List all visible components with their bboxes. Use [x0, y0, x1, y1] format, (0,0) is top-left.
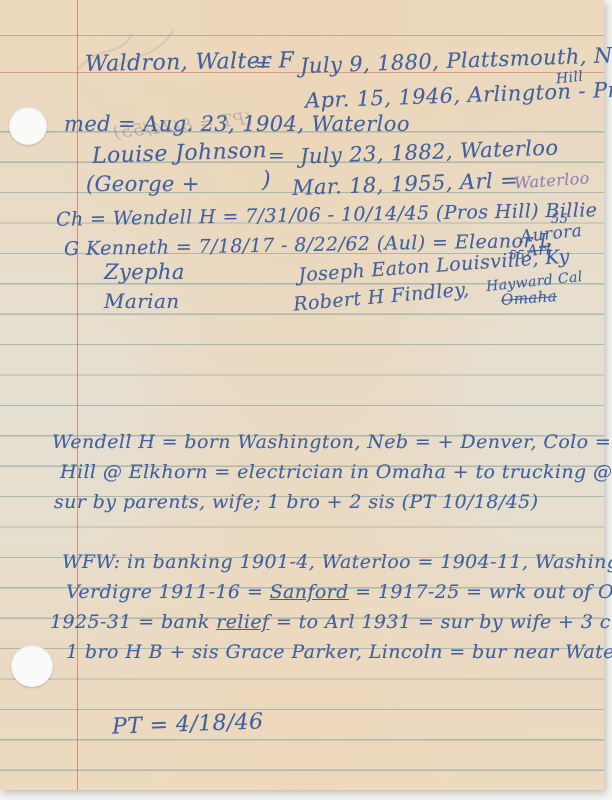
wfw-obit-line1: WFW: in banking 1901-4, Waterloo = 1904-…	[62, 551, 612, 573]
death-place-superscript: Hill	[555, 69, 584, 88]
wfw-line2-post: = 1917-25 = wrk out of Omaha	[349, 581, 612, 603]
wfw-obit-line3: 1925-31 = bank relief = to Arl 1931 = su…	[50, 611, 612, 633]
wendell-obit-line3: sur by parents, wife; 1 bro + 2 sis (PT …	[54, 491, 538, 513]
wfw-obit-line4: 1 bro H B + sis Grace Parker, Lincoln = …	[66, 641, 612, 663]
zyepha-note-superscript: 55	[509, 248, 525, 262]
child-marian-name: Marian	[104, 289, 180, 313]
wfw-obit-line2: Verdigre 1911-16 = Sanford = 1917-25 = w…	[66, 581, 612, 603]
wfw-line3-pre: 1925-31 = bank	[50, 611, 216, 633]
wendell-obit-line2: Hill @ Elkhorn = electrician in Omaha + …	[60, 461, 612, 483]
child-zyepha-name: Zyepha	[104, 260, 185, 284]
notebook-page: (PT = 8/24/55) Waldron, Walter F = July …	[0, 0, 604, 790]
wfw-line2-pre: Verdigre 1911-16 =	[66, 581, 270, 603]
closing-paren: )	[262, 168, 271, 193]
marriage-line: med = Aug. 23, 1904, Waterloo	[64, 112, 410, 136]
wfw-line2-underlined: Sanford	[270, 581, 349, 603]
spouse-parents: (George +	[86, 172, 200, 196]
equals-sign-2: =	[268, 143, 285, 167]
equals-sign-1: =	[255, 52, 272, 76]
punch-hole-top	[9, 107, 47, 145]
wfw-line3-post: = to Arl 1931 = sur by wife + 3 ch =	[269, 611, 612, 633]
wendell-obit-line1: Wendell H = born Washington, Neb = + Den…	[52, 431, 612, 453]
wfw-line3-underlined: relief	[216, 611, 269, 633]
pt-date-line: PT = 4/18/46	[112, 709, 264, 739]
punch-hole-bottom	[11, 645, 53, 687]
